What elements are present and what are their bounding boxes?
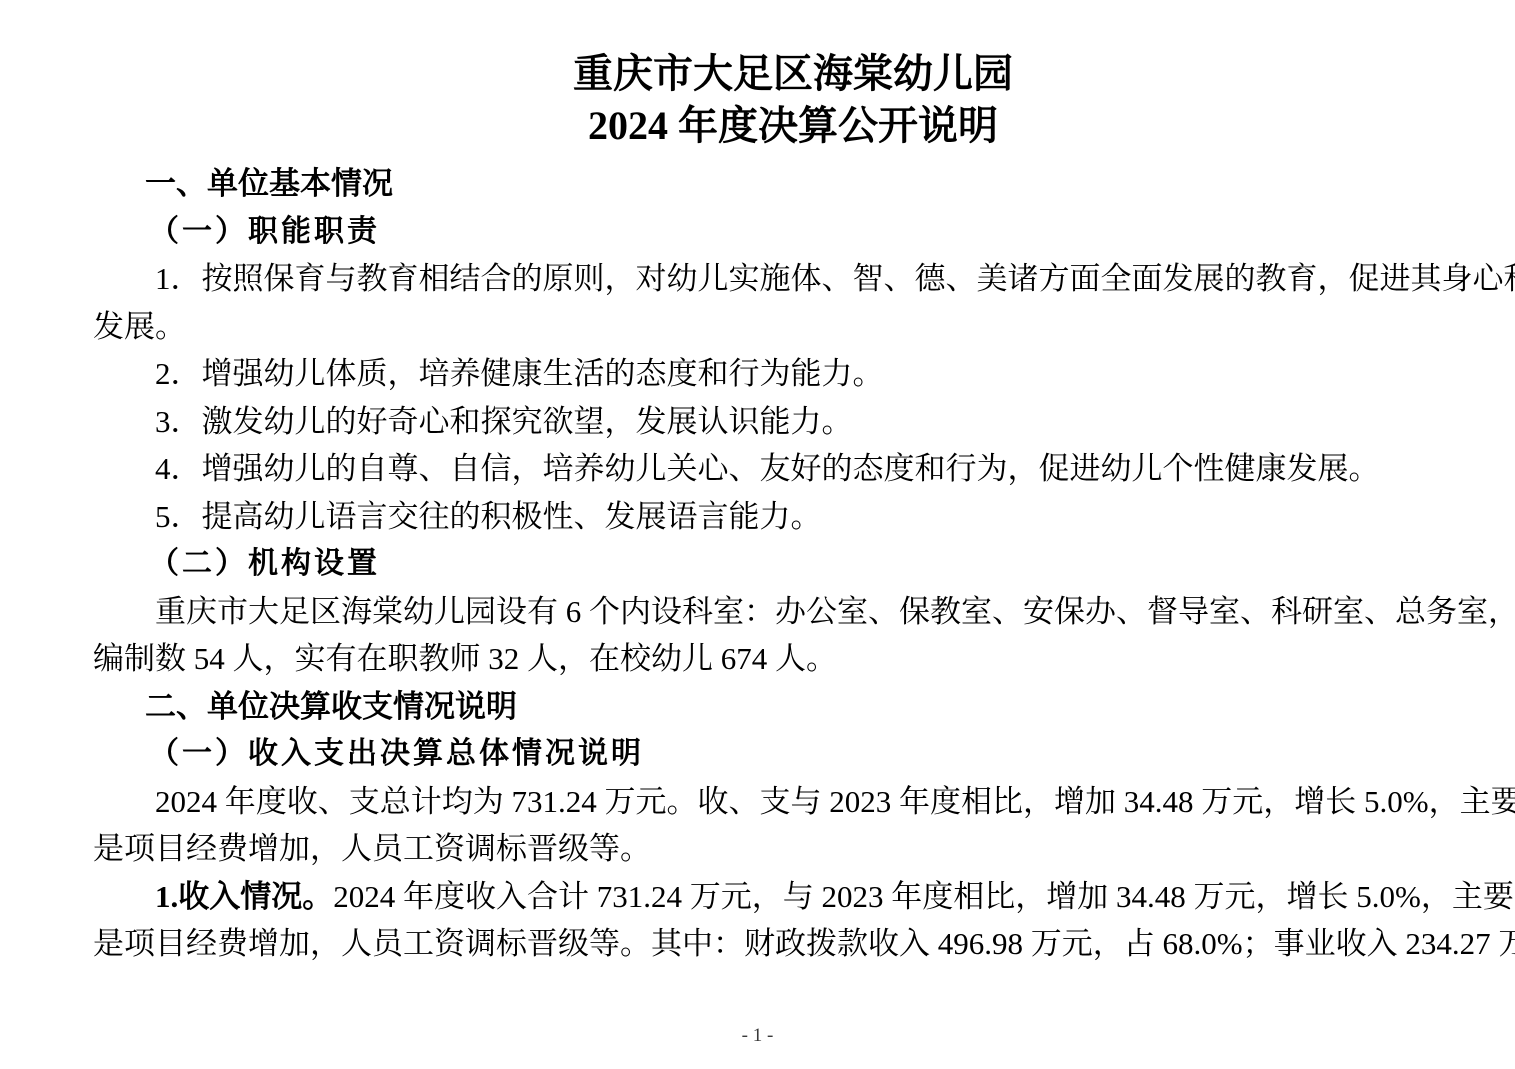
paragraph-line: 4．增强幼儿的自尊、自信，培养幼儿关心、友好的态度和行为，促进幼儿个性健康发展。 (93, 445, 1493, 493)
paragraph-line: 重庆市大足区海棠幼儿园设有 6 个内设科室：办公室、保教室、安保办、督导室、科研… (93, 588, 1493, 636)
paragraph-line: 2024 年度收、支总计均为 731.24 万元。收、支与 2023 年度相比，… (93, 778, 1493, 826)
page-number: - 1 - (0, 1025, 1515, 1047)
document-page: 重庆市大足区海棠幼儿园 2024 年度决算公开说明 一、单位基本情况 （一）职能… (0, 0, 1515, 1069)
document-body: 一、单位基本情况 （一）职能职责 1．按照保育与教育相结合的原则，对幼儿实施体、… (93, 160, 1493, 968)
paragraph-line: 1．按照保育与教育相结合的原则，对幼儿实施体、智、德、美诸方面全面发展的教育，促… (93, 255, 1493, 303)
paragraph-line: 是项目经费增加，人员工资调标晋级等。 (93, 825, 1493, 873)
paragraph-line: 是项目经费增加，人员工资调标晋级等。其中：财政拨款收入 496.98 万元，占 … (93, 920, 1493, 968)
title-line-2: 2024 年度决算公开说明 (93, 100, 1493, 152)
subsection-heading-org-structure: （二）机构设置 (93, 540, 1493, 588)
paragraph-line: 2．增强幼儿体质，培养健康生活的态度和行为能力。 (93, 350, 1493, 398)
subsection-heading-income-expense: （一）收入支出决算总体情况说明 (93, 730, 1493, 778)
paragraph-rest: 2024 年度收入合计 731.24 万元，与 2023 年度相比，增加 34.… (333, 879, 1515, 914)
section-heading-budget-overview: 二、单位决算收支情况说明 (93, 683, 1493, 731)
paragraph-bold-lead: 1.收入情况。 (155, 879, 333, 914)
paragraph-line-income-situation: 1.收入情况。2024 年度收入合计 731.24 万元，与 2023 年度相比… (93, 873, 1493, 921)
paragraph-line: 3．激发幼儿的好奇心和探究欲望，发展认识能力。 (93, 398, 1493, 446)
title-line-1: 重庆市大足区海棠幼儿园 (93, 48, 1493, 100)
document-title: 重庆市大足区海棠幼儿园 2024 年度决算公开说明 (93, 48, 1493, 152)
paragraph-line: 编制数 54 人，实有在职教师 32 人，在校幼儿 674 人。 (93, 635, 1493, 683)
paragraph-line: 5．提高幼儿语言交往的积极性、发展语言能力。 (93, 493, 1493, 541)
paragraph-line: 发展。 (93, 303, 1493, 351)
document-content: 重庆市大足区海棠幼儿园 2024 年度决算公开说明 一、单位基本情况 （一）职能… (93, 0, 1493, 968)
section-heading-unit-basics: 一、单位基本情况 (93, 160, 1493, 208)
subsection-heading-duties: （一）职能职责 (93, 208, 1493, 256)
